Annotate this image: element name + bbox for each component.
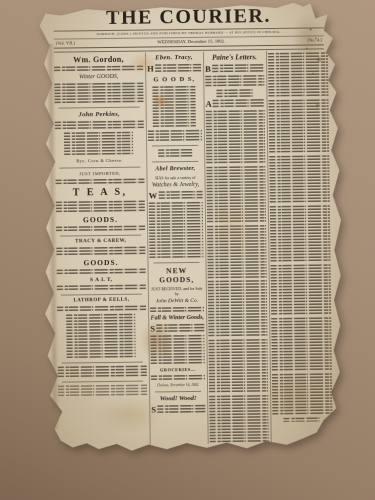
ad-title-salt: S A L T, bbox=[57, 277, 146, 284]
ad-lead-line: HAS for sale a variety of bbox=[148, 175, 202, 181]
ad-merchant-name: LATHROP & EELLS, bbox=[57, 298, 146, 305]
body-text-sim bbox=[268, 52, 329, 98]
subheading-sim bbox=[217, 89, 254, 97]
ad-subheading: Winter GOODS, bbox=[54, 74, 143, 82]
body-text-sim bbox=[209, 395, 269, 444]
ad-divider bbox=[61, 294, 142, 296]
ad-merchant-name: Abel Brewster, bbox=[148, 165, 202, 174]
ad-title-goods: G O O D S, bbox=[147, 75, 201, 85]
body-text-sim bbox=[149, 202, 204, 260]
ad-firm-name: John DeWitt & Co. bbox=[150, 298, 204, 306]
body-text-sim bbox=[58, 385, 147, 398]
body-text-sim bbox=[55, 179, 144, 186]
ad-merchant-name: Eben. Tracy, bbox=[147, 54, 201, 63]
ad-note: Rye, Corn & Cheese. bbox=[55, 158, 144, 165]
issue-date: WEDNESDAY, December 15, 1802. bbox=[157, 37, 225, 46]
ad-kicker: JUST RECEIVED, and for Sale by bbox=[150, 286, 204, 297]
ad-divider bbox=[155, 391, 201, 393]
ad-merchant-name: John Perkins, bbox=[55, 111, 144, 120]
ad-divider bbox=[59, 167, 140, 169]
body-text-sim bbox=[269, 155, 330, 204]
ad-divider bbox=[62, 381, 143, 383]
body-text-sim bbox=[272, 373, 333, 416]
column-3-article: Paine's Letters. B A bbox=[205, 53, 269, 444]
column-2-ads: Eben. Tracy, H G O O D S, Abel Brewster,… bbox=[147, 54, 206, 445]
volume-label: [Vol. VII.] bbox=[56, 39, 75, 47]
drop-cap: A bbox=[206, 100, 212, 108]
column-4-article bbox=[268, 52, 333, 435]
body-text-sim bbox=[208, 281, 268, 339]
masthead: THE COURIER. NORWICH, (CONN.) PRINTED AN… bbox=[53, 4, 324, 52]
body-text-sim bbox=[207, 225, 267, 280]
body-text-sim bbox=[213, 99, 265, 109]
drop-cap: S bbox=[150, 324, 155, 332]
ad-divider bbox=[152, 145, 198, 147]
body-text-sim bbox=[208, 339, 268, 394]
body-text-sim bbox=[150, 335, 204, 366]
body-text-sim bbox=[269, 99, 330, 154]
body-text-sim bbox=[270, 205, 331, 263]
body-text-sim bbox=[55, 121, 144, 131]
ad-divider bbox=[152, 161, 198, 163]
body-text-sim bbox=[56, 226, 145, 233]
body-text-sim bbox=[57, 269, 146, 276]
body-text-sim bbox=[158, 149, 192, 158]
body-text-sim bbox=[158, 191, 203, 201]
ad-kicker: JUST IMPORTED, bbox=[55, 171, 144, 178]
ad-title-goods: GOODS. bbox=[56, 215, 145, 225]
drop-cap: H bbox=[147, 64, 154, 72]
body-text-sim bbox=[271, 264, 332, 316]
drop-cap: B bbox=[205, 65, 211, 73]
body-text-sim bbox=[148, 130, 202, 143]
ad-title-teas: T E A S, bbox=[56, 187, 145, 200]
body-text-sim bbox=[54, 83, 143, 105]
body-text-sim bbox=[206, 166, 266, 224]
body-text-sim bbox=[150, 307, 204, 314]
drop-cap: W bbox=[149, 191, 158, 199]
closing-line-sim bbox=[284, 417, 321, 421]
body-text-sim bbox=[56, 201, 145, 214]
body-text-sim bbox=[206, 110, 266, 165]
ad-dateline: Chelsea, November 16, 1802. bbox=[151, 383, 205, 389]
body-text-sim bbox=[205, 75, 264, 88]
column-1-ads: Wm. Gordon, Winter GOODS, John Perkins, … bbox=[54, 55, 148, 446]
goods-list-sim bbox=[64, 132, 134, 157]
newspaper-title: THE COURIER. bbox=[53, 4, 323, 29]
ad-groceries-line: GROCERIES— bbox=[151, 367, 205, 374]
ad-title-new-goods: NEW GOODS, bbox=[150, 266, 204, 285]
body-text-sim bbox=[56, 247, 145, 257]
newspaper-page: THE COURIER. NORWICH, (CONN.) PRINTED AN… bbox=[31, 0, 346, 456]
goods-list-sim bbox=[153, 86, 196, 129]
body-text-sim bbox=[57, 285, 146, 292]
body-text-sim bbox=[156, 324, 204, 334]
foxing-specks bbox=[310, 28, 312, 30]
body-text-sim bbox=[54, 66, 143, 73]
drop-cap: S bbox=[151, 405, 156, 413]
photo-background: THE COURIER. NORWICH, (CONN.) PRINTED AN… bbox=[0, 0, 375, 500]
price-list-sim bbox=[66, 314, 136, 360]
body-text-sim bbox=[155, 64, 201, 74]
ad-title-wood: Wood! Wood! bbox=[151, 395, 205, 404]
body-text-sim bbox=[57, 306, 146, 313]
body-text-sim bbox=[212, 64, 264, 74]
ad-divider bbox=[62, 362, 143, 364]
issue-number: [No. 4.] bbox=[307, 36, 322, 44]
body-text-sim bbox=[157, 405, 205, 415]
newspaper-wrapper: THE COURIER. NORWICH, (CONN.) PRINTED AN… bbox=[0, 0, 375, 500]
ad-divider bbox=[59, 107, 140, 109]
ad-merchant-name: Wm. Gordon, bbox=[54, 55, 143, 65]
body-text-sim bbox=[271, 317, 332, 372]
ad-divider bbox=[60, 235, 141, 237]
ad-divider bbox=[154, 262, 200, 264]
ad-merchant-name: TRACY & CAREW, bbox=[56, 239, 145, 246]
ad-subheading: Fall & Winter Goods, bbox=[150, 315, 204, 323]
body-text-sim bbox=[58, 366, 147, 379]
body-text-sim bbox=[151, 375, 205, 382]
ad-title-goods: GOODS. bbox=[56, 258, 145, 268]
article-title: Paine's Letters. bbox=[205, 53, 264, 63]
ad-subheading: Watches & Jewelry, bbox=[149, 182, 203, 190]
